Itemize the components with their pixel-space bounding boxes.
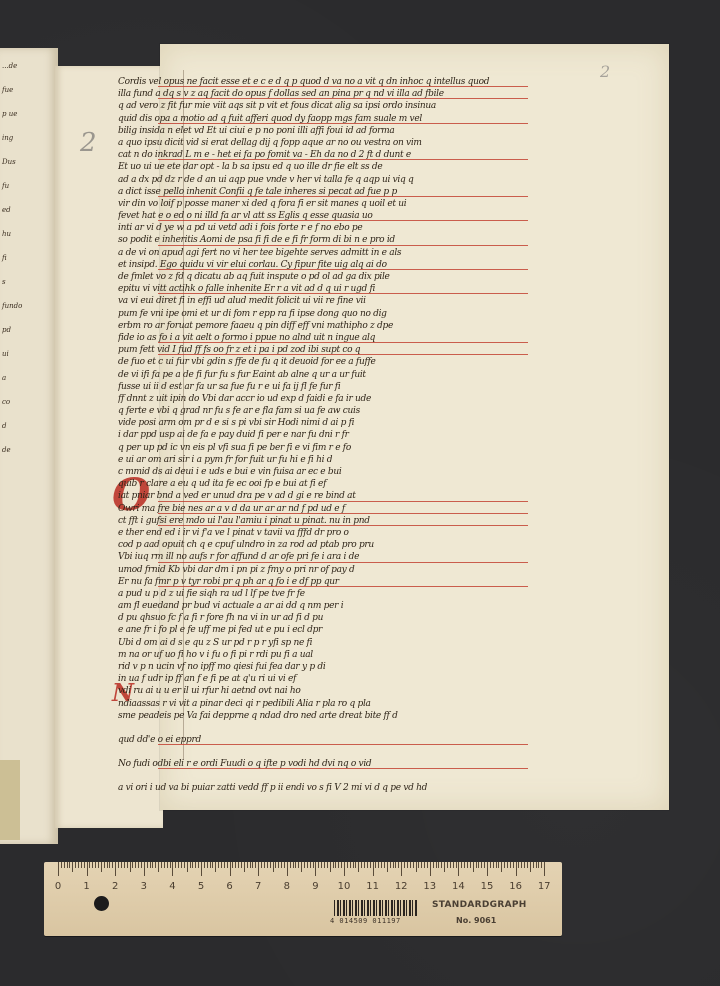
ruler-tick xyxy=(375,862,376,868)
ruler-tick xyxy=(187,862,188,872)
ruler-tick xyxy=(278,862,279,868)
manuscript-line: Owri ma fre bie nes ar a v d da ur ar ar… xyxy=(118,503,588,515)
ruler-tick xyxy=(150,862,151,868)
ruler-tick xyxy=(212,862,213,868)
ruler-tick xyxy=(264,862,265,868)
manuscript-line: Cordis vel opus ne facit esse et e c e d… xyxy=(118,76,588,88)
manuscript-line: q per up pd ic vn eis pl vfi sua fi pe b… xyxy=(118,442,588,454)
manuscript-line: Et uo ui ue ete dar opt - la b sa ipsu e… xyxy=(118,161,588,173)
manuscript-text-block: Cordis vel opus ne facit esse et e c e d… xyxy=(118,76,588,795)
manuscript-line: q ad vero z fit fur mie viit aqs sit p v… xyxy=(118,100,588,112)
stub-pencil-number: 2 xyxy=(80,128,97,158)
manuscript-line: e ane fr i fo pl e fe uff me pi fed ut e… xyxy=(118,624,588,636)
manuscript-line: rid v p n ucin vf no ipff mo qiesi fui f… xyxy=(118,661,588,673)
ruler-hang-hole xyxy=(94,896,109,911)
ruler-tick xyxy=(132,862,133,868)
ruler-tick xyxy=(404,862,405,868)
ruler-tick xyxy=(498,862,499,868)
ruler-tick xyxy=(436,862,437,868)
ruler-tick xyxy=(152,862,153,868)
manuscript-line: a quo ipsu dicit vid si erat dellag dij … xyxy=(118,137,588,149)
ruler-label: 4 xyxy=(169,881,175,892)
ruler-tick xyxy=(416,862,417,872)
ruler-tick xyxy=(524,862,525,868)
ruler-tick xyxy=(244,862,245,872)
ruler-tick xyxy=(358,862,359,872)
manuscript-line: illa fund a dq s v z aq facit do opus f … xyxy=(118,88,588,100)
ruler-tick xyxy=(390,862,391,868)
ruler-tick xyxy=(478,862,479,868)
manuscript-line: ff dnnt z uit ipin do Vbi dar accr io ud… xyxy=(118,393,588,405)
left-page-text-fragment: co xyxy=(2,398,10,406)
ruler-label: 15 xyxy=(481,881,494,892)
ruler-tick xyxy=(430,862,431,876)
manuscript-line: e ther end ed i ir vi f'a ve l pinat v t… xyxy=(118,527,588,539)
manuscript-line: de fmlet vo z fd q dicatu ab aq fuit ins… xyxy=(118,271,588,283)
ruler-tick xyxy=(69,862,70,868)
ruler-tick xyxy=(387,862,388,872)
ruler-tick xyxy=(521,862,522,868)
ruler-tick xyxy=(464,862,465,868)
ruler-tick xyxy=(324,862,325,868)
ruler-tick xyxy=(141,862,142,868)
conservation-tape xyxy=(0,760,20,840)
ruler-tick xyxy=(307,862,308,868)
ruler-tick xyxy=(112,862,113,868)
ruler-tick xyxy=(210,862,211,868)
left-page-text-fragment: Dus xyxy=(2,158,16,166)
barcode-number: 4 014509 011197 xyxy=(330,917,401,925)
manuscript-line: so podit e inheritis Aomi de psa fi fi d… xyxy=(118,234,588,246)
ruler-tick xyxy=(124,862,125,868)
manuscript-line: d pu qhsuo fc f a fi r fore fh na vi in … xyxy=(118,612,588,624)
ruler-tick xyxy=(513,862,514,868)
left-page-text-fragment: fi xyxy=(2,254,7,262)
manuscript-line: de fuo et c ui fur vbi gdin s ffe de fu … xyxy=(118,356,588,368)
ruler-tick xyxy=(275,862,276,868)
ruler-tick xyxy=(461,862,462,868)
manuscript-line: a vi ori i ud va bi puiar zatti vedd ff … xyxy=(118,782,588,794)
ruler-tick xyxy=(361,862,362,868)
ruler-label: 3 xyxy=(141,881,147,892)
left-page-text-fragment: s xyxy=(2,278,6,286)
left-page-text-fragment: ui xyxy=(2,350,9,358)
left-page-text-fragment: ...de xyxy=(2,62,17,70)
ruler-tick xyxy=(344,862,345,876)
ruler-label: 6 xyxy=(226,881,232,892)
manuscript-line: vide posi arm om pr d e si s pi vbi sir … xyxy=(118,417,588,429)
ruler-tick xyxy=(335,862,336,868)
ruler-tick xyxy=(315,862,316,876)
ruler-tick xyxy=(370,862,371,868)
manuscript-line: qud dd'e o ei epprd xyxy=(118,734,588,746)
ruler-tick xyxy=(75,862,76,868)
ruler-tick xyxy=(421,862,422,868)
ruler-tick xyxy=(104,862,105,868)
ruler-tick xyxy=(241,862,242,868)
manuscript-line: m na or uf uo fi ho v i fu o fi pi r rdi… xyxy=(118,649,588,661)
ruler-tick xyxy=(310,862,311,868)
scale-ruler: 01234567891011121314151617 4 014509 0111… xyxy=(44,862,562,936)
ruler-tick xyxy=(541,862,542,868)
left-page-text-fragment: de xyxy=(2,446,11,454)
ruler-label: 10 xyxy=(338,881,351,892)
ruler-tick xyxy=(450,862,451,868)
ruler-tick xyxy=(438,862,439,868)
ruler-tick xyxy=(530,862,531,872)
ruler-tick xyxy=(427,862,428,868)
ruler-tick xyxy=(510,862,511,868)
ruler-tick xyxy=(367,862,368,868)
manuscript-line: quib r clare a eu q ud ita fe ec ooi fp … xyxy=(118,478,588,490)
barcode xyxy=(334,900,418,916)
ruler-tick xyxy=(247,862,248,868)
ruler-tick xyxy=(327,862,328,868)
ruler-tick xyxy=(121,862,122,868)
ruler-label: 11 xyxy=(366,881,379,892)
manuscript-line: a pud u p d z ui fie siqh ra ud l lf pe … xyxy=(118,588,588,600)
ruler-tick xyxy=(313,862,314,868)
manuscript-line: erbm ro ar foruat pemore faaeu q pin dif… xyxy=(118,320,588,332)
manuscript-line: et insipd. Ego quidu vi vir elui corlau.… xyxy=(118,259,588,271)
ruler-tick xyxy=(287,862,288,876)
manuscript-line: fevet hat e o ed o ni illd fa ar vl att … xyxy=(118,210,588,222)
manuscript-line: va vi eui diret fi in effi ud alud medit… xyxy=(118,295,588,307)
ruler-tick xyxy=(215,862,216,872)
ruler-tick xyxy=(290,862,291,868)
ruler-label: 7 xyxy=(255,881,261,892)
ruler-tick xyxy=(538,862,539,868)
manuscript-line: ct fft i gufsi ere mdo ui l'au l'amiu i … xyxy=(118,515,588,527)
ruler-tick xyxy=(184,862,185,868)
manuscript-line: ad a dx pd dz r de d an ui aqp pue vnde … xyxy=(118,174,588,186)
ruler-tick xyxy=(424,862,425,868)
manuscript-line: umod frnid Kb vbi dar dm i pn pi z fmy o… xyxy=(118,564,588,576)
ruler-tick xyxy=(384,862,385,868)
ruler-label: 0 xyxy=(55,881,61,892)
manuscript-line: Ubi d om ai d s e qu z S ur pd r p r yfi… xyxy=(118,637,588,649)
ruler-tick xyxy=(161,862,162,868)
manuscript-line: sme peadeis pe Va fai depprne q ndad dro… xyxy=(118,710,588,722)
ruler-tick xyxy=(198,862,199,868)
ruler-tick xyxy=(195,862,196,868)
ruler-tick xyxy=(441,862,442,868)
ruler-tick xyxy=(490,862,491,868)
ruler-tick xyxy=(504,862,505,868)
ruler-tick xyxy=(467,862,468,868)
left-page-text-fragment: fundo xyxy=(2,302,22,310)
ruler-tick xyxy=(221,862,222,868)
ruler-tick xyxy=(501,862,502,872)
manuscript-line: e ui ar om ari sir i a pym fr for fuit u… xyxy=(118,454,588,466)
ruler-tick xyxy=(381,862,382,868)
manuscript-line: inti ar vi d ye w a pd ui vetd adi i foi… xyxy=(118,222,588,234)
ruler-tick xyxy=(255,862,256,868)
ruler-tick xyxy=(230,862,231,876)
ruler-tick xyxy=(118,862,119,868)
manuscript-line: cod p aad opuit ch q e cpuf ulndro in za… xyxy=(118,539,588,551)
ruler-tick xyxy=(364,862,365,868)
ruler-tick xyxy=(533,862,534,868)
ruler-tick xyxy=(130,862,131,872)
ruler-tick xyxy=(407,862,408,868)
ruler-tick xyxy=(398,862,399,868)
ruler-tick xyxy=(295,862,296,868)
ruler-tick xyxy=(89,862,90,868)
manuscript-line: bilig insida n elet vd Et ui ciui e p no… xyxy=(118,125,588,137)
ruler-tick xyxy=(353,862,354,868)
ruler-tick xyxy=(158,862,159,872)
ruler-tick xyxy=(518,862,519,868)
manuscript-line: i dar ppd usp ai de fa e pay duid fi per… xyxy=(118,429,588,441)
ruler-tick xyxy=(484,862,485,868)
manuscript-line: Er nu fa fmr p v tyr robi pr q ph ar q f… xyxy=(118,576,588,588)
ruler-tick xyxy=(250,862,251,868)
ruler-tick xyxy=(232,862,233,868)
ruler-tick xyxy=(181,862,182,868)
manuscript-line: Vbi iuq rm ill no aufs r for affund d ar… xyxy=(118,551,588,563)
ruler-tick xyxy=(410,862,411,868)
ruler-tick xyxy=(273,862,274,872)
manuscript-line: No fudi odbi eli r e ordi Fuudi o q ifte… xyxy=(118,758,588,770)
ruler-tick xyxy=(78,862,79,868)
ruler-tick xyxy=(333,862,334,868)
ruler-tick xyxy=(516,862,517,876)
manuscript-line: a de vi on apud agi fert no vi her tee b… xyxy=(118,247,588,259)
ruler-tick xyxy=(527,862,528,868)
ruler-tick xyxy=(235,862,236,868)
manuscript-line: am fl euedand pr bud vi actuale a ar ai … xyxy=(118,600,588,612)
ruler-tick xyxy=(350,862,351,868)
ruler-tick xyxy=(192,862,193,868)
ruler-tick xyxy=(115,862,116,876)
ruler-tick xyxy=(338,862,339,868)
ruler-tick xyxy=(147,862,148,868)
left-page-text-fragment: pd xyxy=(2,326,11,334)
manuscript-line: pum fett vid I fud ff fs oo fr z et i pa… xyxy=(118,344,588,356)
ruler-label: 8 xyxy=(284,881,290,892)
ruler-tick xyxy=(252,862,253,868)
manuscript-line: pum fe vni ipe omi et ur di fom r epp ra… xyxy=(118,308,588,320)
ruler-tick xyxy=(207,862,208,868)
ruler-ticks xyxy=(58,862,548,878)
ruler-tick xyxy=(301,862,302,872)
manuscript-line: fusse ui ii d est ar fa ur sa fue fu r e… xyxy=(118,381,588,393)
ruler-tick xyxy=(373,862,374,876)
ruler-tick xyxy=(470,862,471,868)
ruler-tick xyxy=(92,862,93,868)
ruler-tick xyxy=(378,862,379,868)
ruler-tick xyxy=(270,862,271,868)
ruler-tick xyxy=(507,862,508,868)
ruler-label: 12 xyxy=(395,881,408,892)
manuscript-line: a dict isse pello inhenit Confii q fe ta… xyxy=(118,186,588,198)
ruler-tick xyxy=(447,862,448,868)
ruler-label: 5 xyxy=(198,881,204,892)
ruler-tick xyxy=(175,862,176,868)
ruler-tick xyxy=(61,862,62,868)
left-page-text-fragment: hu xyxy=(2,230,11,238)
ruler-tick xyxy=(224,862,225,868)
ruler-tick xyxy=(493,862,494,868)
left-page-text-fragment: ing xyxy=(2,134,13,142)
ruler-tick xyxy=(101,862,102,872)
ruler-tick xyxy=(107,862,108,868)
ruler-tick xyxy=(267,862,268,868)
ruler-tick xyxy=(293,862,294,868)
ruler-tick xyxy=(64,862,65,868)
ruler-tick xyxy=(155,862,156,868)
ruler-label: 16 xyxy=(509,881,522,892)
ruler-tick xyxy=(144,862,145,876)
ruler-tick xyxy=(453,862,454,868)
manuscript-line: epitu vi vitt actihk o falle inhenite Er… xyxy=(118,283,588,295)
left-page-text-fragment: d xyxy=(2,422,6,430)
ruler-tick xyxy=(261,862,262,868)
ruler-label: 9 xyxy=(312,881,318,892)
ruler-tick xyxy=(238,862,239,868)
manuscript-line: iat pniar bnd a ved er unud dra pe v ad … xyxy=(118,490,588,502)
ruler-tick xyxy=(218,862,219,868)
manuscript-line: in ua f udr ip ff an f e fi pe at q'u ri… xyxy=(118,673,588,685)
ruler-tick xyxy=(201,862,202,876)
left-page-text-fragment: fu xyxy=(2,182,9,190)
ruler-tick xyxy=(167,862,168,868)
ruler-tick xyxy=(458,862,459,876)
ruler-tick xyxy=(496,862,497,868)
ruler-tick xyxy=(95,862,96,868)
manuscript-line: fide io as fo i a vit aelt o formo i ppu… xyxy=(118,332,588,344)
ruler-tick xyxy=(433,862,434,868)
ruler-tick xyxy=(127,862,128,868)
left-page-text-fragment: fue xyxy=(2,86,13,94)
left-facing-page: ...defuep ueingDusfuedhufisfundopduiacod… xyxy=(0,48,58,844)
folio-number: 2 xyxy=(600,62,610,81)
left-page-text-fragment: a xyxy=(2,374,6,382)
ruler-tick xyxy=(318,862,319,868)
ruler-tick xyxy=(138,862,139,868)
ruler-tick xyxy=(347,862,348,868)
ruler-tick xyxy=(67,862,68,868)
ruler-tick xyxy=(544,862,545,876)
ruler-label: 1 xyxy=(83,881,89,892)
ruler-tick xyxy=(284,862,285,868)
ruler-tick xyxy=(401,862,402,876)
ruler-label: 14 xyxy=(452,881,465,892)
ruler-tick xyxy=(444,862,445,872)
ruler-tick xyxy=(456,862,457,868)
ruler-tick xyxy=(98,862,99,868)
ruler-tick xyxy=(413,862,414,868)
ruler-tick xyxy=(190,862,191,868)
ruler-tick xyxy=(298,862,299,868)
manuscript-line: ndiaassas r vi vit a pinar deci qi r ped… xyxy=(118,698,588,710)
ruler-tick xyxy=(393,862,394,868)
ruler-tick xyxy=(487,862,488,876)
ruler-tick xyxy=(87,862,88,876)
ruler-tick xyxy=(135,862,136,868)
manuscript-line: q ferte e vbi q grad nr fu s fe ar e fla… xyxy=(118,405,588,417)
ruler-tick xyxy=(170,862,171,868)
ruler-tick xyxy=(109,862,110,868)
ruler-tick xyxy=(321,862,322,868)
ruler-tick xyxy=(58,862,59,876)
ruler-tick xyxy=(178,862,179,868)
manuscript-line: vdi ru ai u u er il ui rfur hi aetnd ovt… xyxy=(118,685,588,697)
ruler-tick xyxy=(72,862,73,872)
ruler-tick xyxy=(481,862,482,868)
ruler-label: 2 xyxy=(112,881,118,892)
ruler-tick xyxy=(476,862,477,868)
ruler-tick xyxy=(330,862,331,872)
ruler-tick xyxy=(84,862,85,868)
ruler-tick xyxy=(536,862,537,868)
manuscript-line: cat n do inkrad L m e - het ei fa po fom… xyxy=(118,149,588,161)
ruler-model: No. 9061 xyxy=(456,916,496,925)
ruler-tick xyxy=(204,862,205,868)
ruler-tick xyxy=(473,862,474,872)
ruler-tick xyxy=(395,862,396,868)
ruler-tick xyxy=(81,862,82,868)
ruler-tick xyxy=(304,862,305,868)
ruler-tick xyxy=(281,862,282,868)
left-page-text-fragment: ed xyxy=(2,206,11,214)
ruler-tick xyxy=(258,862,259,876)
manuscript-line: c mmid ds ai deui i e uds e bui e vin fu… xyxy=(118,466,588,478)
ruler-label: 17 xyxy=(538,881,551,892)
left-page-text-fragment: p ue xyxy=(2,110,17,118)
ruler-tick xyxy=(341,862,342,868)
manuscript-line: de vi ifi fa pe a de fi fur fu s fur Eai… xyxy=(118,369,588,381)
ruler-tick xyxy=(227,862,228,868)
ruler-tick xyxy=(172,862,173,876)
ruler-tick xyxy=(355,862,356,868)
ruler-tick xyxy=(164,862,165,868)
ruler-tick xyxy=(418,862,419,868)
ruler-label: 13 xyxy=(423,881,436,892)
manuscript-line: quid dis opa a motio ad q fuit afferi qu… xyxy=(118,113,588,125)
manuscript-line: vir din vo loif p posse maner xi ded q f… xyxy=(118,198,588,210)
ruler-brand: STANDARDGRAPH xyxy=(432,900,527,910)
